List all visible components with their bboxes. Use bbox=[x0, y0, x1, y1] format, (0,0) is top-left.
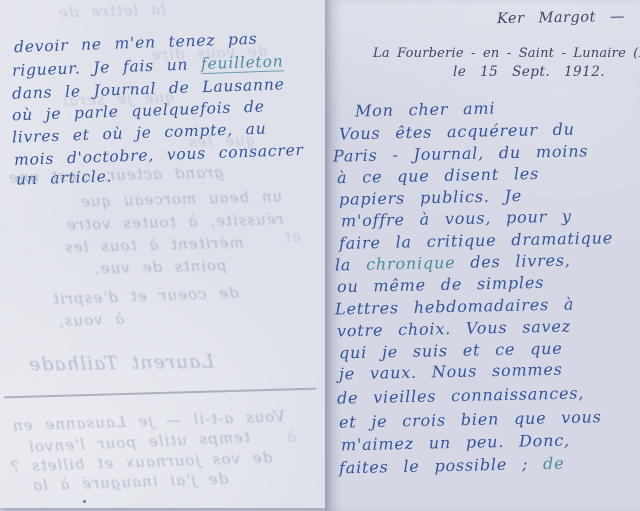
letter-line: ou même de simples bbox=[337, 273, 544, 296]
letter-line: faire la critique dramatique bbox=[339, 228, 613, 253]
bleedthrough-line: de coeur et d'esprit bbox=[52, 284, 239, 309]
letter-line: Lettres hebdomadaires à bbox=[335, 294, 575, 318]
ink-dot bbox=[83, 500, 86, 503]
letter-line: m'aimez un peu. Donc, bbox=[341, 431, 570, 455]
letter-line: m'offre à vous, pour y bbox=[341, 207, 572, 231]
bleedthrough-line: à bbox=[286, 428, 297, 446]
letter-line-text: des livres, bbox=[455, 251, 571, 272]
letter-line: la chronique des livres, bbox=[335, 251, 571, 275]
house-name: Ker Margot — bbox=[497, 9, 625, 27]
date-line: le 15 Sept. 1912. bbox=[453, 64, 605, 80]
letter-line-highlight: de bbox=[543, 454, 565, 473]
letter-line-highlight: feuilleton bbox=[201, 52, 284, 74]
letter-line: et je crois bien que vous bbox=[339, 407, 602, 431]
bleedthrough-line: méritent à tous les bbox=[64, 234, 244, 257]
letter-page-right: Ker Margot — La Fourberie - en - Saint -… bbox=[325, 0, 640, 511]
bleedthrough-line: et bbox=[284, 228, 302, 247]
letter-line-text: la bbox=[335, 255, 367, 275]
letter-line: qui je suis et ce que bbox=[339, 339, 563, 363]
letter-line: Paris - Journal, du moins bbox=[333, 141, 589, 165]
bleedthrough-line: la lettre de bbox=[58, 0, 166, 22]
letter-line: rigueur. Je fais un feuilleton bbox=[12, 52, 284, 79]
letter-line-highlight: chronique bbox=[366, 253, 456, 274]
letter-line-text: rigueur. Je fais un bbox=[12, 56, 189, 80]
address-line: La Fourberie - en - Saint - Lunaire (I.-… bbox=[373, 46, 640, 61]
bleedthrough-line: réussite, à toutes votre bbox=[66, 210, 284, 234]
letter-line: de vieilles connaissances, bbox=[337, 383, 585, 407]
letter-photo: la lettre de de vous dire que je serai q… bbox=[0, 0, 640, 511]
letter-line: votre choix. Vous savez bbox=[337, 317, 571, 341]
letter-line: faites le possible ; de bbox=[339, 454, 565, 478]
letter-line: papiers publics. Je bbox=[339, 186, 522, 209]
signature-flourish-line bbox=[4, 388, 316, 398]
letter-line: je vaux. Nous sommes bbox=[339, 360, 563, 384]
bleedthrough-signature: Laurent Tailhade bbox=[28, 350, 214, 375]
letter-line: Mon cher ami bbox=[355, 99, 496, 121]
letter-line-text: faites le possible ; bbox=[339, 454, 543, 477]
letter-line: Vous êtes acquéreur du bbox=[339, 120, 575, 144]
bleedthrough-line: points de vue. bbox=[94, 256, 227, 277]
bleedthrough-line: à vous, bbox=[58, 310, 125, 330]
letter-line: à ce que disent les bbox=[337, 164, 539, 187]
bleedthrough-line: un beau morceau que bbox=[80, 187, 283, 210]
letter-page-left: la lettre de de vous dire que je serai q… bbox=[0, 0, 325, 508]
